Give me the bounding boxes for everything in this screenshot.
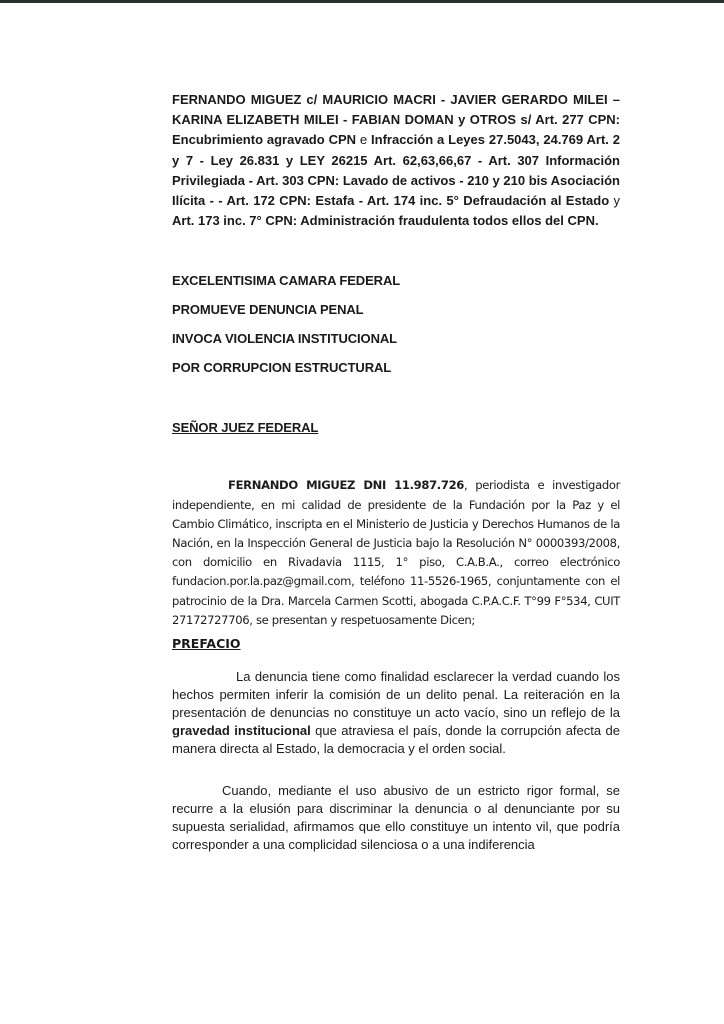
heading-court: EXCELENTISIMA CAMARA FEDERAL [172, 273, 620, 289]
addressee: SEÑOR JUEZ FEDERAL [172, 420, 620, 436]
filing-headings: EXCELENTISIMA CAMARA FEDERAL PROMUEVE DE… [172, 273, 620, 376]
section-title-prefacio: PREFACIO [172, 636, 620, 652]
prefacio-paragraph-1: La denuncia tiene como finalidad esclare… [172, 668, 620, 758]
caption-conjunction-2: y [614, 193, 621, 208]
heading-violence: INVOCA VIOLENCIA INSTITUCIONAL [172, 331, 620, 347]
prefacio-paragraph-2: Cuando, mediante el uso abusivo de un es… [172, 782, 620, 854]
intro-text: , periodista e investigador independient… [172, 478, 620, 626]
document-page: FERNANDO MIGUEZ c/ MAURICIO MACRI - JAVI… [172, 90, 620, 854]
para1-text-before: La denuncia tiene como finalidad esclare… [172, 669, 620, 720]
intro-paragraph: FERNANDO MIGUEZ DNI 11.987.726, periodis… [172, 476, 620, 630]
heading-corruption: POR CORRUPCION ESTRUCTURAL [172, 360, 620, 376]
heading-complaint: PROMUEVE DENUNCIA PENAL [172, 302, 620, 318]
complainant-id: FERNANDO MIGUEZ DNI 11.987.726 [228, 478, 464, 492]
case-caption: FERNANDO MIGUEZ c/ MAURICIO MACRI - JAVI… [172, 90, 620, 231]
caption-part-3: Art. 173 inc. 7° CPN: Administración fra… [172, 213, 599, 228]
top-edge-bar [0, 0, 724, 3]
para1-emphasis: gravedad institucional [172, 723, 311, 738]
